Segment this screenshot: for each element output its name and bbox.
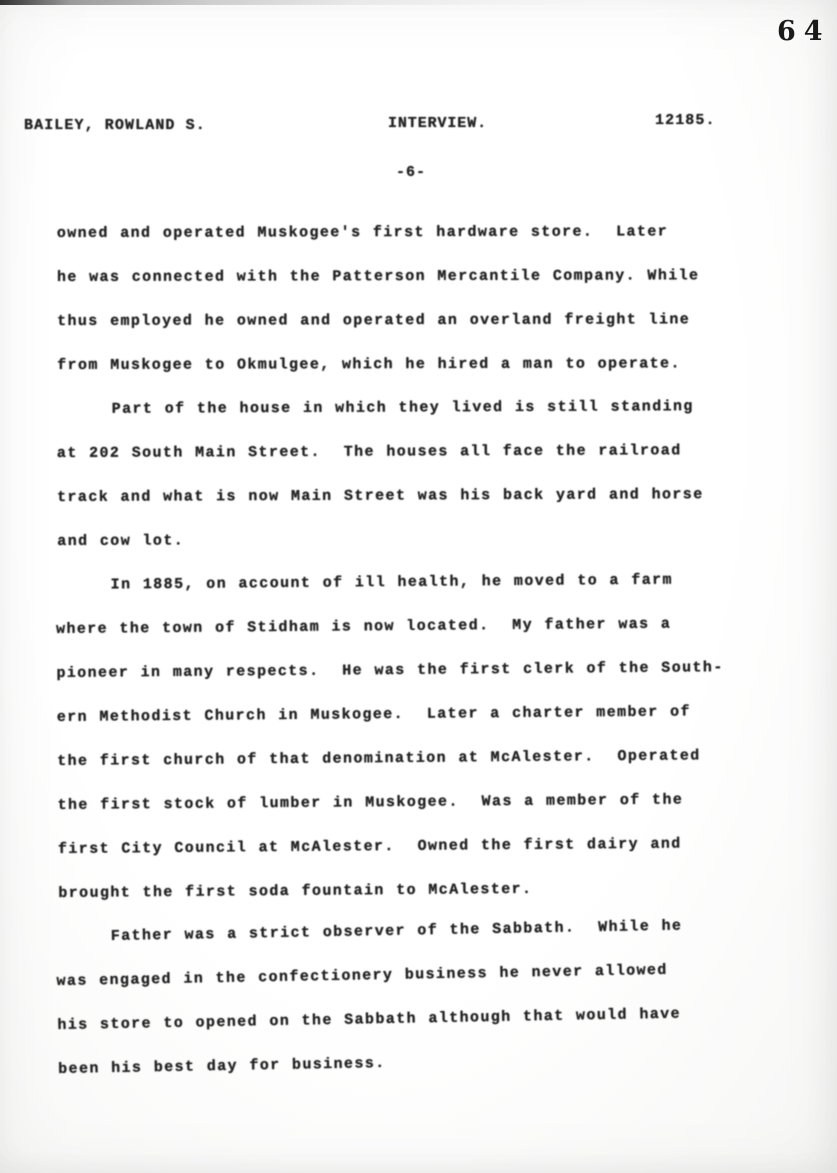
- text-line: owned and operated Muskogee's first hard…: [57, 210, 777, 256]
- text-line: the first church of that denomination at…: [57, 734, 777, 784]
- page-number: 64: [777, 16, 831, 47]
- text-line: from Muskogee to Okmulgee, which he hire…: [57, 342, 777, 388]
- text-line: at 202 South Main Street. The houses all…: [57, 429, 777, 476]
- text-line: track and what is now Main Street was hi…: [57, 473, 777, 520]
- text-line: and cow lot.: [57, 517, 777, 564]
- header-document-type: INTERVIEW.: [388, 115, 487, 132]
- sheet-number: -6-: [396, 164, 426, 181]
- text-line: Part of the house in which they lived is…: [57, 385, 777, 432]
- text-line: first City Council at McAlester. Owned t…: [58, 822, 778, 872]
- scanned-page: 64 BAILEY, ROWLAND S. INTERVIEW. 12185. …: [0, 0, 837, 1173]
- header-interviewee-name: BAILEY, ROWLAND S.: [24, 117, 206, 134]
- header-interview-number: 12185.: [655, 112, 716, 129]
- text-line: pioneer in many respects. He was the fir…: [56, 646, 776, 696]
- text-line: In 1885, on account of ill health, he mo…: [55, 558, 775, 608]
- text-line: he was connected with the Patterson Merc…: [57, 254, 777, 300]
- text-line: thus employed he owned and operated an o…: [57, 298, 777, 344]
- scan-artifact-top-edge: [0, 0, 590, 5]
- text-line: ern Methodist Church in Muskogee. Later …: [57, 690, 777, 740]
- text-line: where the town of Stidham is now located…: [56, 602, 776, 652]
- paragraph: Father was a strict observer of the Sabb…: [55, 903, 778, 1092]
- document-body: owned and operated Muskogee's first hard…: [57, 212, 777, 1092]
- paragraph: Part of the house in which they lived is…: [57, 385, 778, 564]
- paragraph: In 1885, on account of ill health, he mo…: [55, 558, 778, 916]
- paragraph: owned and operated Muskogee's first hard…: [57, 210, 777, 388]
- text-line: the first stock of lumber in Muskogee. W…: [57, 778, 777, 828]
